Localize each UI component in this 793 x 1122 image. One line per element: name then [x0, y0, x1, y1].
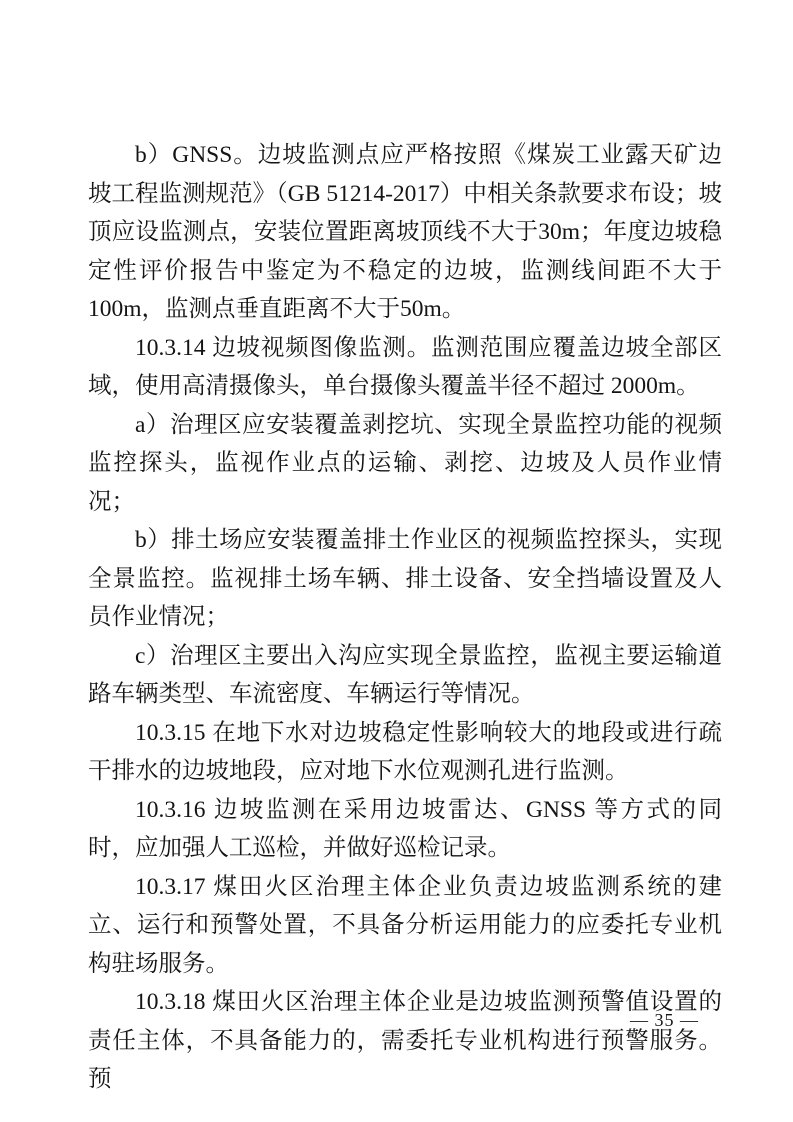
document-body: b）GNSS。边坡监测点应严格按照《煤炭工业露天矿边坡工程监测规范》（GB 51…	[88, 136, 722, 1099]
document-page: b）GNSS。边坡监测点应严格按照《煤炭工业露天矿边坡工程监测规范》（GB 51…	[0, 0, 793, 1122]
paragraph-item-b-video: b）排土场应安装覆盖排土作业区的视频监控探头，实现全景监控。监视排土场车辆、排土…	[88, 521, 722, 637]
paragraph-clause-10-3-17: 10.3.17 煤田火区治理主体企业负责边坡监测系统的建立、运行和预警处置，不具…	[88, 868, 722, 984]
paragraph-item-c-video: c）治理区主要出入沟应实现全景监控，监视主要运输道路车辆类型、车流密度、车辆运行…	[88, 637, 722, 714]
page-number: — 35 —	[630, 1008, 699, 1032]
paragraph-clause-10-3-15: 10.3.15 在地下水对边坡稳定性影响较大的地段或进行疏干排水的边坡地段，应对…	[88, 714, 722, 791]
paragraph-clause-10-3-16: 10.3.16 边坡监测在采用边坡雷达、GNSS 等方式的同时，应加强人工巡检，…	[88, 791, 722, 868]
paragraph-item-a-video: a）治理区应安装覆盖剥挖坑、实现全景监控功能的视频监控探头，监视作业点的运输、剥…	[88, 406, 722, 522]
paragraph-clause-10-3-18: 10.3.18 煤田火区治理主体企业是边坡监测预警值设置的责任主体，不具备能力的…	[88, 983, 722, 1099]
paragraph-clause-10-3-14: 10.3.14 边坡视频图像监测。监测范围应覆盖边坡全部区域，使用高清摄像头，单…	[88, 329, 722, 406]
paragraph-item-b-gnss: b）GNSS。边坡监测点应严格按照《煤炭工业露天矿边坡工程监测规范》（GB 51…	[88, 136, 722, 329]
